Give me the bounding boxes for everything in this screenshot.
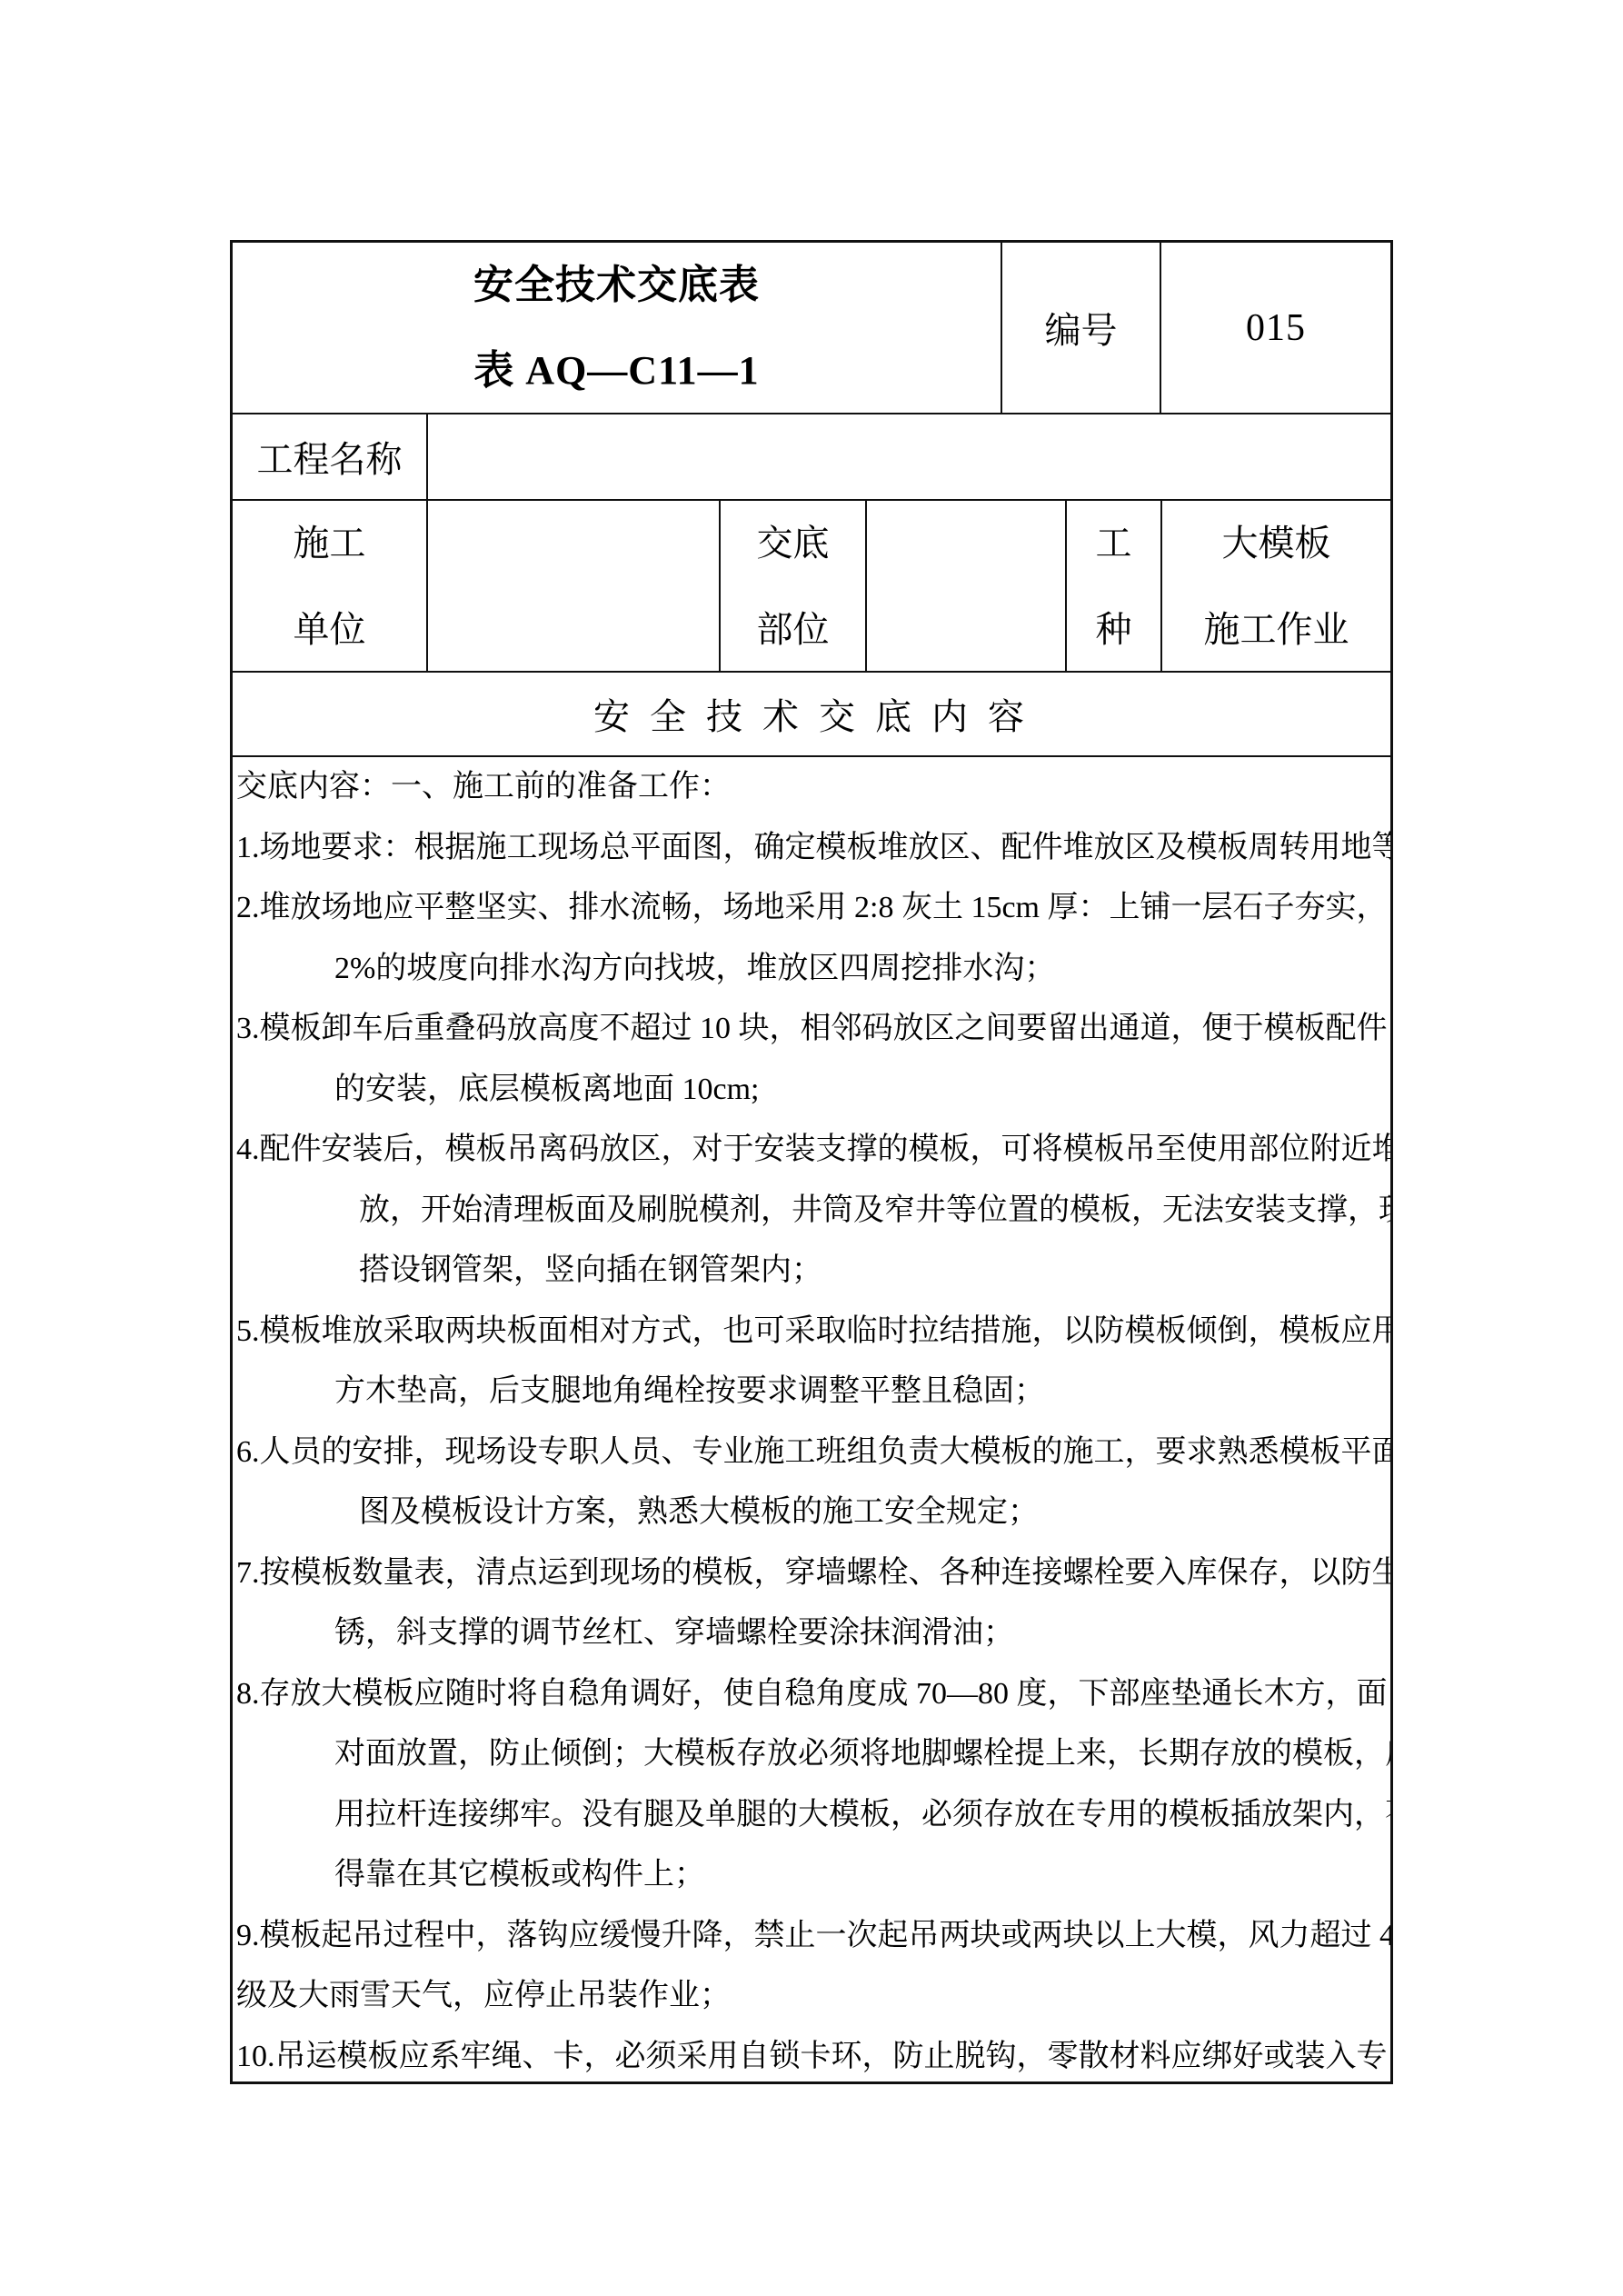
work-type-label-line2: 种 bbox=[1096, 586, 1132, 672]
section-header-row: 安 全 技 术 交 底 内 容 bbox=[233, 673, 1390, 757]
content-line: 的安装，底层模板离地面 10cm; bbox=[236, 1060, 1385, 1121]
work-type-value-line1: 大模板 bbox=[1222, 501, 1331, 586]
project-name-label: 工程名称 bbox=[257, 431, 403, 483]
disclosure-part-label-line1: 交底 bbox=[757, 501, 830, 586]
content-line: 放，开始清理板面及刷脱模剂，井筒及窄井等位置的模板，无法安装支撑，现场 bbox=[236, 1181, 1385, 1242]
number-value-cell: 015 bbox=[1161, 243, 1390, 413]
document-page: 安全技术交底表 表 AQ—C11—1 编号 015 工程名称 施工 单位 bbox=[0, 0, 1623, 2296]
number-label: 编号 bbox=[1045, 302, 1118, 354]
content-line: 用拉杆连接绑牢。没有腿及单腿的大模板，必须存放在专用的模板插放架内，不 bbox=[236, 1785, 1385, 1846]
work-type-value-line2: 施工作业 bbox=[1204, 586, 1349, 672]
number-value: 015 bbox=[1246, 306, 1306, 350]
content-line: 7.按模板数量表，清点运到现场的模板，穿墙螺栓、各种连接螺栓要入库保存，以防生 bbox=[236, 1543, 1385, 1604]
content-line: 10.吊运模板应系牢绳、卡，必须采用自锁卡环，防止脱钩，零散材料应绑好或装入专 bbox=[236, 2027, 1385, 2082]
content-line: 2.堆放场地应平整坚实、排水流畅，场地采用 2:8 灰土 15cm 厚：上铺一层… bbox=[236, 878, 1385, 939]
form-code: 表 AQ—C11—1 bbox=[473, 328, 759, 414]
header-row: 安全技术交底表 表 AQ—C11—1 编号 015 bbox=[233, 243, 1390, 414]
content-row: 交底内容：一、施工前的准备工作： 1.场地要求：根据施工现场总平面图，确定模板堆… bbox=[233, 757, 1390, 2081]
work-type-label-cell: 工 种 bbox=[1067, 501, 1162, 671]
section-header-cell: 安 全 技 术 交 底 内 容 bbox=[233, 673, 1390, 755]
disclosure-part-label-line2: 部位 bbox=[757, 586, 830, 672]
info-row: 施工 单位 交底 部位 工 种 大模板 施工作业 bbox=[233, 501, 1390, 673]
content-line: 9.模板起吊过程中，落钩应缓慢升降，禁止一次起吊两块或两块以上大模，风力超过 4 bbox=[236, 1906, 1385, 1967]
content-line: 6.人员的安排，现场设专职人员、专业施工班组负责大模板的施工，要求熟悉模板平面 bbox=[236, 1423, 1385, 1483]
work-type-label-line1: 工 bbox=[1096, 501, 1132, 586]
work-type-value-cell: 大模板 施工作业 bbox=[1162, 501, 1390, 671]
content-area: 交底内容：一、施工前的准备工作： 1.场地要求：根据施工现场总平面图，确定模板堆… bbox=[233, 757, 1390, 2081]
section-header-text: 安 全 技 术 交 底 内 容 bbox=[593, 688, 1030, 740]
content-line: 5.模板堆放采取两块板面相对方式，也可采取临时拉结措施，以防模板倾倒，模板应用 bbox=[236, 1302, 1385, 1363]
disclosure-part-value-cell bbox=[867, 501, 1067, 671]
disclosure-part-label-cell: 交底 部位 bbox=[721, 501, 867, 671]
content-line: 8.存放大模板应随时将自稳角调好，使自稳角度成 70—80 度，下部座垫通长木方… bbox=[236, 1664, 1385, 1725]
content-line: 得靠在其它模板或构件上； bbox=[236, 1845, 1385, 1906]
builder-label-line1: 施工 bbox=[294, 501, 366, 586]
content-line: 方木垫高，后支腿地角绳栓按要求调整平整且稳固； bbox=[236, 1362, 1385, 1423]
builder-label-line2: 单位 bbox=[294, 586, 366, 672]
content-line: 搭设钢管架，竖向插在钢管架内； bbox=[236, 1241, 1385, 1302]
form-title: 安全技术交底表 bbox=[473, 243, 760, 328]
content-line: 级及大雨雪天气，应停止吊装作业； bbox=[236, 1966, 1385, 2027]
disclosure-table: 安全技术交底表 表 AQ—C11—1 编号 015 工程名称 施工 单位 bbox=[230, 240, 1393, 2084]
content-line: 3.模板卸车后重叠码放高度不超过 10 块，相邻码放区之间要留出通道，便于模板配… bbox=[236, 999, 1385, 1060]
content-line: 锈，斜支撑的调节丝杠、穿墙螺栓要涂抹润滑油； bbox=[236, 1603, 1385, 1664]
form-title-cell: 安全技术交底表 表 AQ—C11—1 bbox=[233, 243, 1002, 413]
builder-value-cell bbox=[428, 501, 721, 671]
content-line: 图及模板设计方案，熟悉大模板的施工安全规定； bbox=[236, 1482, 1385, 1543]
content-line: 2%的坡度向排水沟方向找坡，堆放区四周挖排水沟； bbox=[236, 939, 1385, 1000]
builder-label-cell: 施工 单位 bbox=[233, 501, 428, 671]
project-name-row: 工程名称 bbox=[233, 414, 1390, 501]
content-line: 1.场地要求：根据施工现场总平面图，确定模板堆放区、配件堆放区及模板周转用地等； bbox=[236, 818, 1385, 879]
content-line: 交底内容：一、施工前的准备工作： bbox=[236, 757, 1385, 818]
number-label-cell: 编号 bbox=[1002, 243, 1161, 413]
content-line: 4.配件安装后，模板吊离码放区，对于安装支撑的模板，可将模板吊至使用部位附近堆 bbox=[236, 1120, 1385, 1181]
project-name-label-cell: 工程名称 bbox=[233, 414, 428, 499]
project-name-value-cell bbox=[428, 414, 1390, 499]
content-line: 对面放置，防止倾倒；大模板存放必须将地脚螺栓提上来，长期存放的模板，应 bbox=[236, 1724, 1385, 1785]
